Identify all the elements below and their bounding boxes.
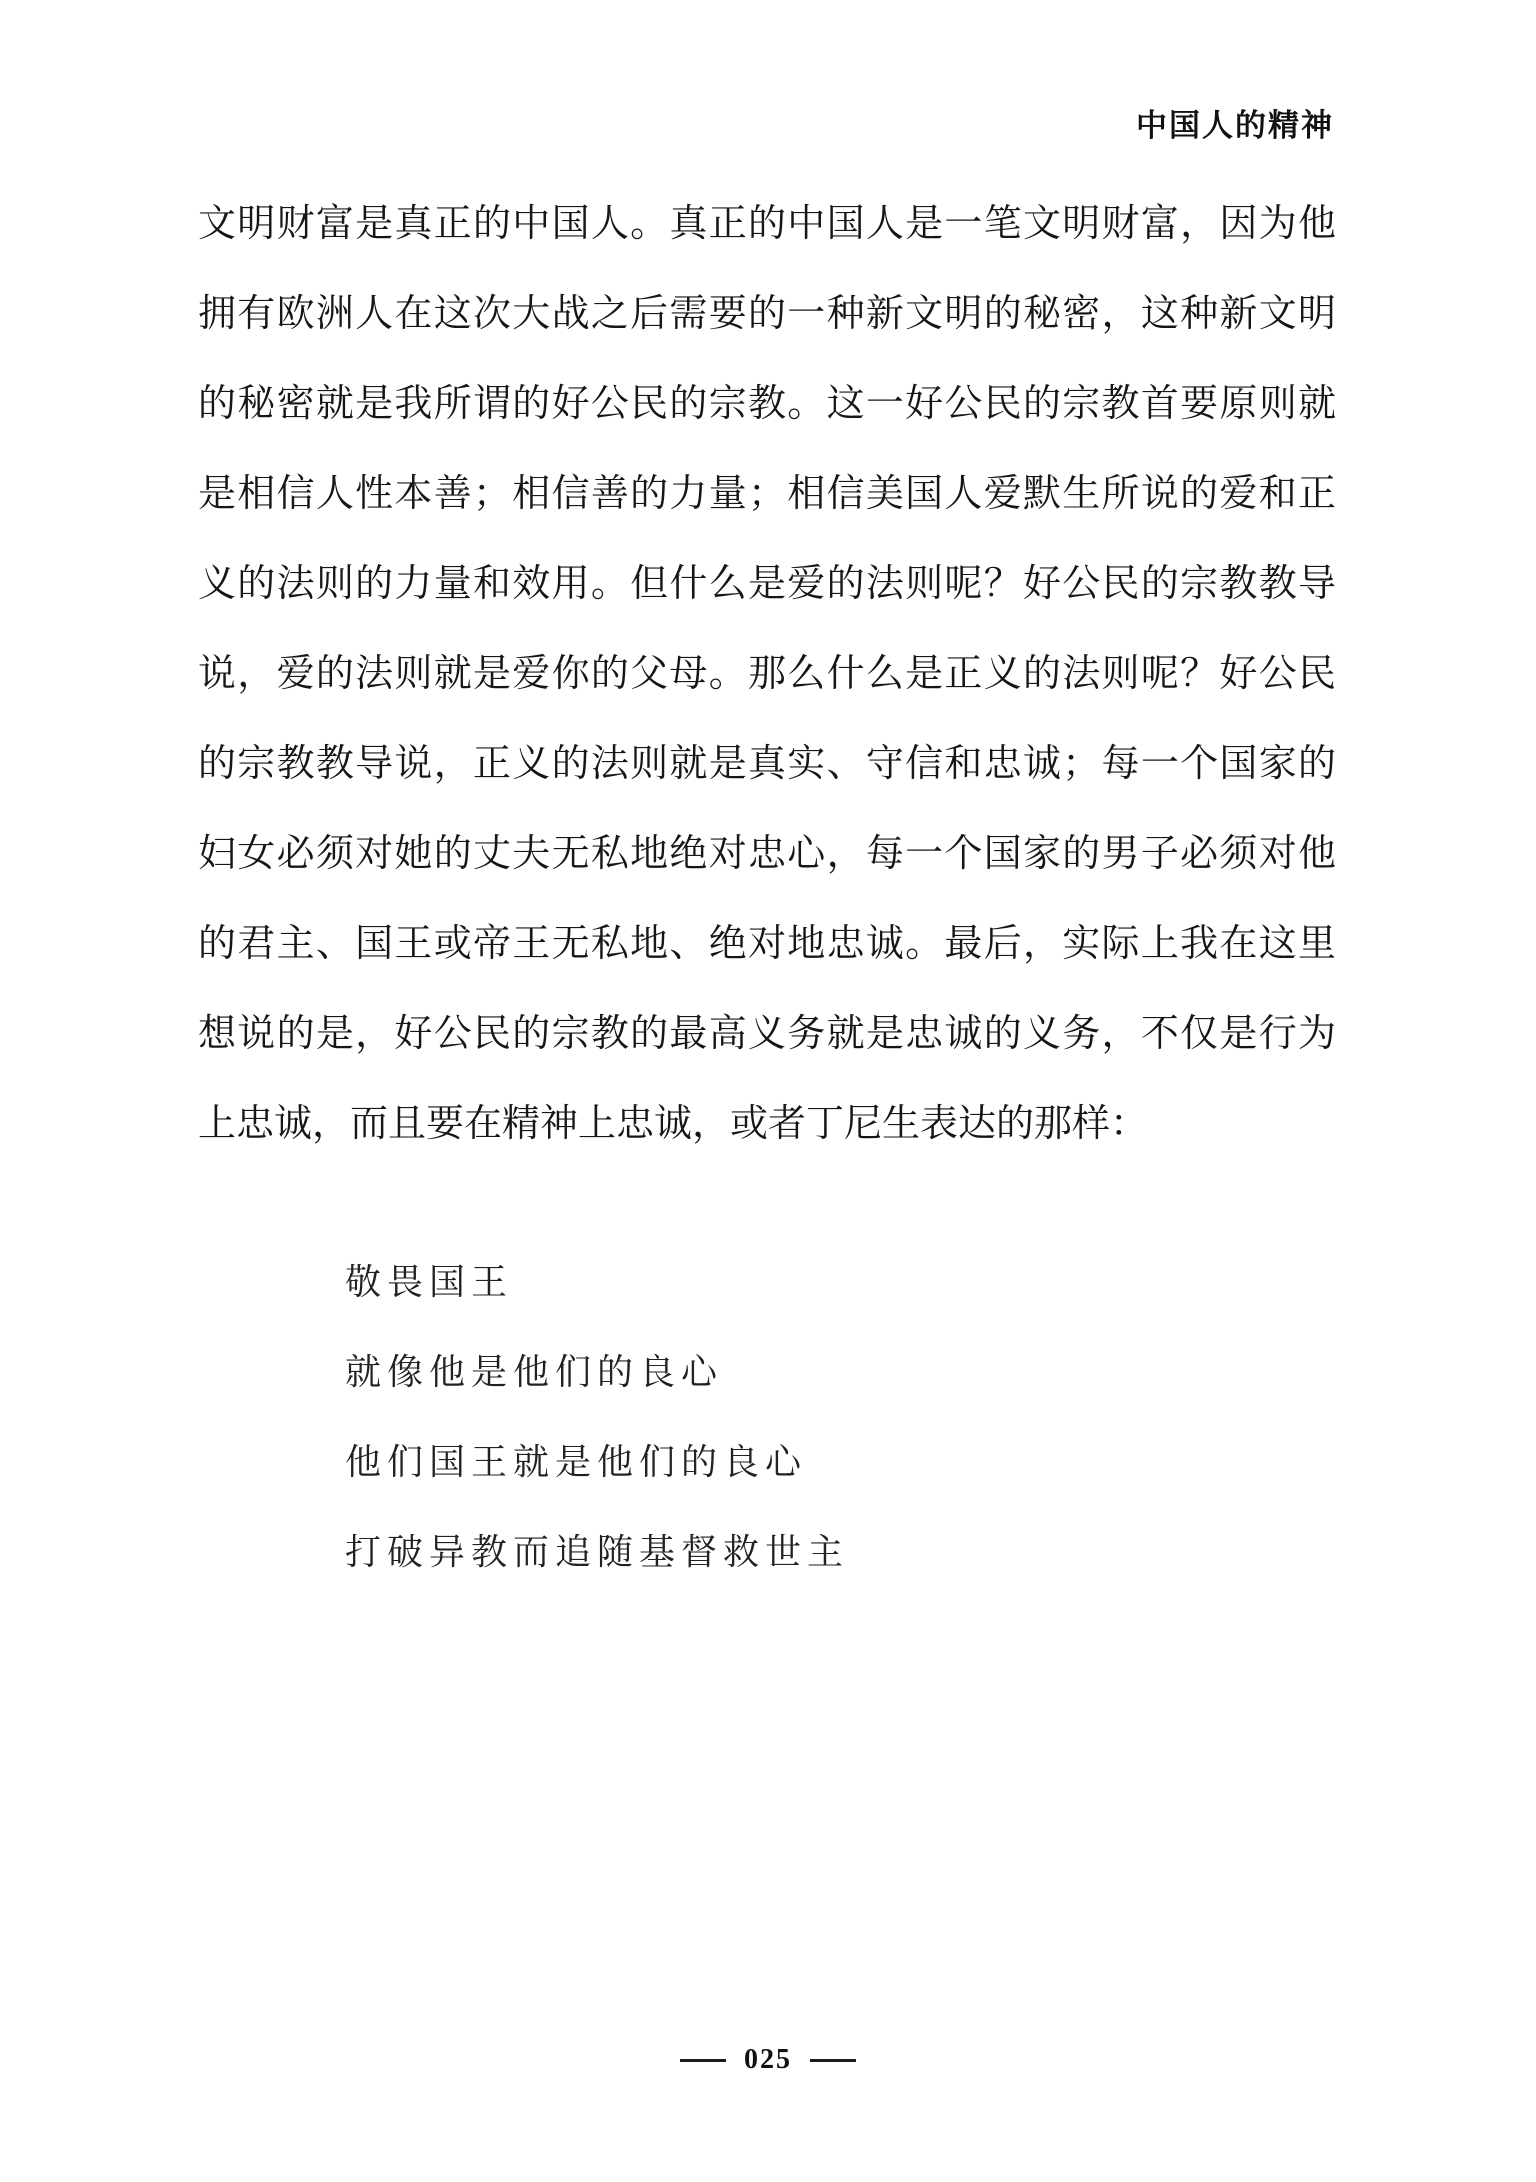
body-line: 拥有欧洲人在这次大战之后需要的一种新文明的秘密，这种新文明 <box>198 269 1336 359</box>
verse-line: 打破异教而追随基督救世主 <box>345 1507 849 1597</box>
book-page: 中国人的精神 文明财富是真正的中国人。真正的中国人是一笔文明财富，因为他 拥有欧… <box>0 0 1536 2182</box>
verse-line: 他们国王就是他们的良心 <box>345 1417 849 1507</box>
body-line: 是相信人性本善；相信善的力量；相信美国人爱默生所说的爱和正 <box>198 449 1336 539</box>
body-line: 的君主、国王或帝王无私地、绝对地忠诚。最后，实际上我在这里 <box>198 899 1336 989</box>
body-line: 义的法则的力量和效用。但什么是爱的法则呢？好公民的宗教教导 <box>198 539 1336 629</box>
body-paragraph: 文明财富是真正的中国人。真正的中国人是一笔文明财富，因为他 拥有欧洲人在这次大战… <box>198 179 1336 1169</box>
body-line: 的宗教教导说，正义的法则就是真实、守信和忠诚；每一个国家的 <box>198 719 1336 809</box>
verse-line: 就像他是他们的良心 <box>345 1327 849 1417</box>
body-line: 上忠诚，而且要在精神上忠诚，或者丁尼生表达的那样： <box>198 1079 1336 1169</box>
body-line: 说，爱的法则就是爱你的父母。那么什么是正义的法则呢？好公民 <box>198 629 1336 719</box>
running-head-title: 中国人的精神 <box>1136 100 1334 145</box>
page-number: 025 <box>744 2044 792 2076</box>
body-line: 的秘密就是我所谓的好公民的宗教。这一好公民的宗教首要原则就 <box>198 359 1336 449</box>
verse-line: 敬畏国王 <box>345 1237 849 1327</box>
page-footer: 025 <box>0 2036 1536 2084</box>
footer-right-dash <box>810 2059 856 2062</box>
body-line: 想说的是，好公民的宗教的最高义务就是忠诚的义务，不仅是行为 <box>198 989 1336 1079</box>
footer-left-dash <box>680 2059 726 2062</box>
verse-quotation: 敬畏国王 就像他是他们的良心 他们国王就是他们的良心 打破异教而追随基督救世主 <box>345 1237 849 1597</box>
body-line: 文明财富是真正的中国人。真正的中国人是一笔文明财富，因为他 <box>198 179 1336 269</box>
body-line: 妇女必须对她的丈夫无私地绝对忠心，每一个国家的男子必须对他 <box>198 809 1336 899</box>
